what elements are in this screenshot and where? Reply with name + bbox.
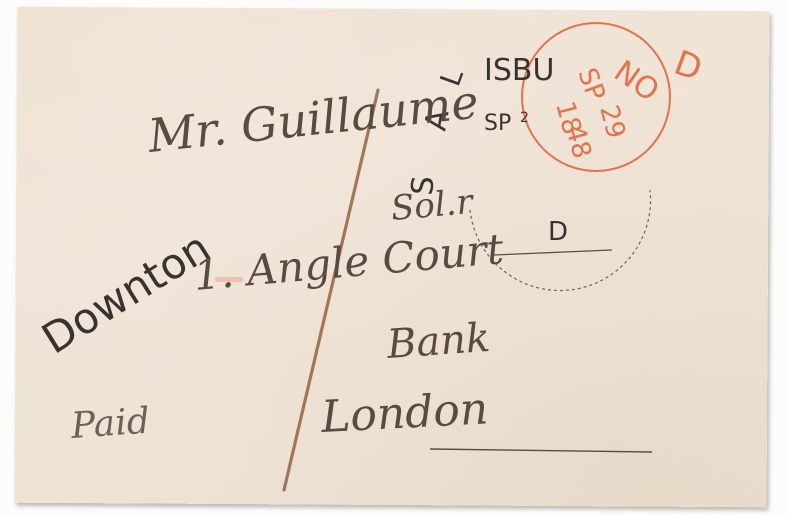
svg-text:D: D xyxy=(669,43,707,90)
paid-annotation: Paid xyxy=(69,401,151,447)
svg-text:NO: NO xyxy=(607,54,665,109)
town-stamp-downton: Downton xyxy=(33,222,218,363)
address-line-bank: Bank xyxy=(384,315,491,368)
city-underline xyxy=(430,449,652,452)
envelope-markings: D NO SP 18 29 48 ISBU L A S SP 2 D Downt… xyxy=(0,0,788,516)
address-line-street: 1. Angle Court xyxy=(192,224,506,300)
svg-text:29: 29 xyxy=(593,102,631,142)
svg-text:48: 48 xyxy=(559,122,597,162)
address-line-name: Mr. Guillaume xyxy=(145,75,482,163)
red-circular-datestamp: D NO SP 18 29 48 xyxy=(522,23,707,171)
svg-text:SP: SP xyxy=(484,111,511,136)
address-line-title: Sol.r xyxy=(389,182,476,229)
svg-text:ISBU: ISBU xyxy=(484,53,554,88)
svg-text:2: 2 xyxy=(520,110,529,126)
street-underline xyxy=(494,250,612,255)
red-ink-spot xyxy=(215,277,243,282)
svg-text:D: D xyxy=(548,217,568,247)
address-line-city: London xyxy=(319,383,489,443)
